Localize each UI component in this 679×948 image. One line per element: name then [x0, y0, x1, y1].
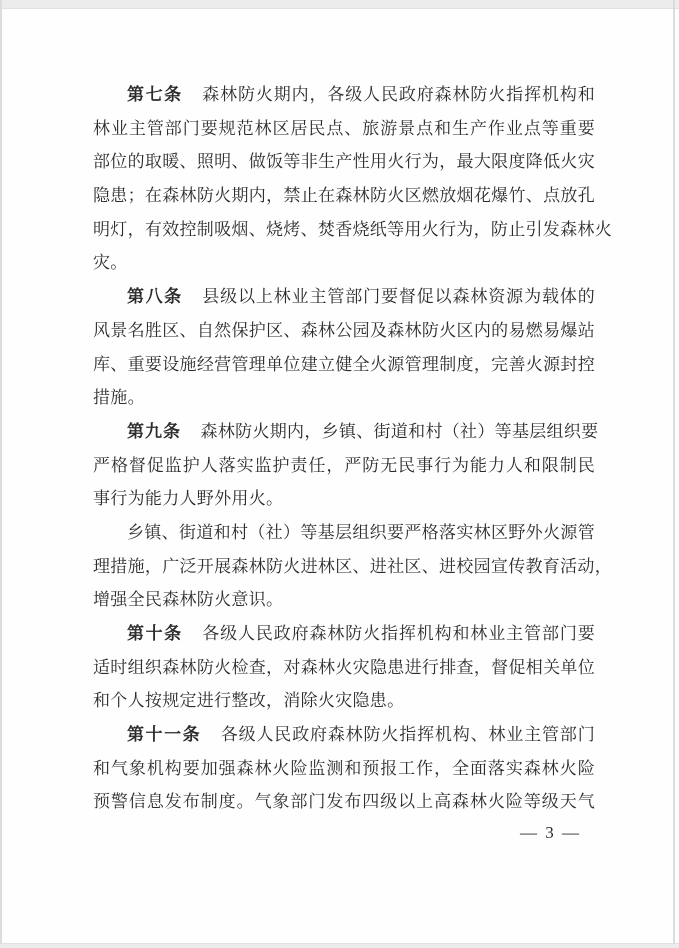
text-line: 第八条县级以上林业主管部门要督促以森林资源为载体的 [93, 280, 595, 314]
scanned-document-page: 第七条森林防火期内，各级人民政府森林防火指挥机构和林业主管部门要规范林区居民点、… [0, 0, 679, 948]
article-number-label: 第九条 [127, 422, 181, 441]
text-line: 适时组织森林防火检查，对森林火灾隐患进行排查，督促相关单位 [93, 651, 595, 685]
line-text: 事行为能力人野外用火。 [93, 489, 283, 508]
line-text: 理措施，广泛开展森林防火进林区、进社区、进校园宣传教育活动， [93, 557, 612, 576]
line-text: 明灯，有效控制吸烟、烧烤、焚香烧纸等用火行为，防止引发森林火 [93, 220, 612, 239]
line-text: 预警信息发布制度。气象部门发布四级以上高森林火险等级天气 [93, 792, 595, 811]
text-line: 隐患；在森林防火期内，禁止在森林防火区燃放烟花爆竹、点放孔 [93, 179, 595, 213]
text-line: 和气象机构要加强森林火险监测和预报工作，全面落实森林火险 [93, 752, 595, 786]
scan-edge-bottom [0, 943, 679, 948]
scan-edge-left [0, 0, 2, 948]
line-text: 各级人民政府森林防火指挥机构和林业主管部门要 [202, 624, 595, 643]
line-text: 隐患；在森林防火期内，禁止在森林防火区燃放烟花爆竹、点放孔 [93, 186, 595, 205]
text-line: 增强全民森林防火意识。 [93, 583, 595, 617]
text-line: 林业主管部门要规范林区居民点、旅游景点和生产作业点等重要 [93, 112, 595, 146]
line-text: 县级以上林业主管部门要督促以森林资源为载体的 [202, 287, 595, 306]
line-text: 森林防火期内，各级人民政府森林防火指挥机构和 [202, 85, 595, 104]
line-text: 严格督促监护人落实监护责任，严防无民事行为能力人和限制民 [93, 456, 595, 475]
text-line: 严格督促监护人落实监护责任，严防无民事行为能力人和限制民 [93, 449, 595, 483]
line-text: 和个人按规定进行整改，消除火灾隐患。 [93, 691, 404, 710]
text-line: 措施。 [93, 381, 595, 415]
text-line: 乡镇、街道和村（社）等基层组织要严格落实林区野外火源管 [93, 516, 595, 550]
line-text: 适时组织森林防火检查，对森林火灾隐患进行排查，督促相关单位 [93, 658, 595, 677]
document-body: 第七条森林防火期内，各级人民政府森林防火指挥机构和林业主管部门要规范林区居民点、… [93, 78, 595, 819]
line-text: 林业主管部门要规范林区居民点、旅游景点和生产作业点等重要 [93, 119, 595, 138]
article-number-label: 第十条 [127, 624, 183, 643]
line-text: 和气象机构要加强森林火险监测和预报工作，全面落实森林火险 [93, 759, 595, 778]
line-text: 措施。 [93, 388, 145, 407]
line-text: 增强全民森林防火意识。 [93, 590, 283, 609]
line-text: 库、重要设施经营管理单位建立健全火源管理制度，完善火源封控 [93, 355, 595, 374]
text-line: 部位的取暖、照明、做饭等非生产性用火行为，最大限度降低火灾 [93, 145, 595, 179]
text-line: 理措施，广泛开展森林防火进林区、进社区、进校园宣传教育活动， [93, 550, 595, 584]
article-number-label: 第十一条 [127, 725, 201, 744]
scan-edge-top [0, 0, 679, 9]
text-line: 灾。 [93, 246, 595, 280]
line-text: 风景名胜区、自然保护区、森林公园及森林防火区内的易燃易爆站 [93, 321, 595, 340]
text-line: 风景名胜区、自然保护区、森林公园及森林防火区内的易燃易爆站 [93, 314, 595, 348]
article-number-label: 第七条 [127, 85, 183, 104]
text-line: 预警信息发布制度。气象部门发布四级以上高森林火险等级天气 [93, 785, 595, 819]
scan-edge-right [673, 0, 675, 948]
text-line: 事行为能力人野外用火。 [93, 482, 595, 516]
text-line: 和个人按规定进行整改，消除火灾隐患。 [93, 684, 595, 718]
line-text: 各级人民政府森林防火指挥机构、林业主管部门 [221, 725, 595, 744]
text-line: 库、重要设施经营管理单位建立健全火源管理制度，完善火源封控 [93, 348, 595, 382]
line-text: 部位的取暖、照明、做饭等非生产性用火行为，最大限度降低火灾 [93, 152, 595, 171]
article-number-label: 第八条 [127, 287, 183, 306]
line-text: 乡镇、街道和村（社）等基层组织要严格落实林区野外火源管 [127, 523, 595, 542]
line-text: 森林防火期内，乡镇、街道和村（社）等基层组织要 [201, 422, 599, 441]
line-text: 灾。 [93, 253, 128, 272]
text-line: 第十条各级人民政府森林防火指挥机构和林业主管部门要 [93, 617, 595, 651]
text-line: 第十一条各级人民政府森林防火指挥机构、林业主管部门 [93, 718, 595, 752]
text-line: 第九条森林防火期内，乡镇、街道和村（社）等基层组织要 [93, 415, 595, 449]
page-number: — 3 — [93, 820, 595, 846]
text-line: 明灯，有效控制吸烟、烧烤、焚香烧纸等用火行为，防止引发森林火 [93, 213, 595, 247]
text-line: 第七条森林防火期内，各级人民政府森林防火指挥机构和 [93, 78, 595, 112]
